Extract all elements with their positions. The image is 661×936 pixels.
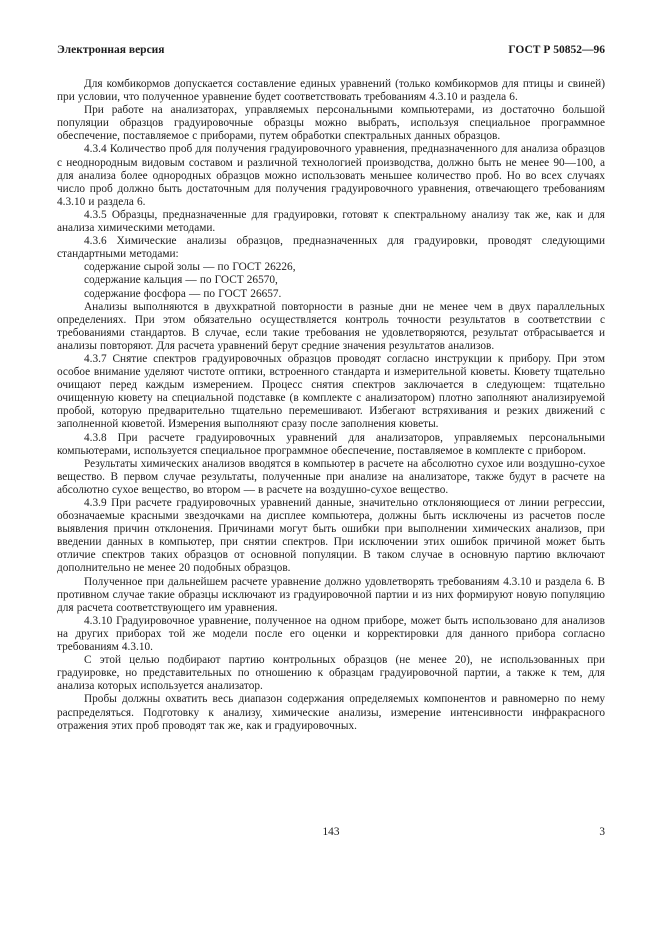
paragraph: Для комбикормов допускается составление …: [57, 78, 605, 104]
paragraph: 4.3.8 При расчете градуировочных уравнен…: [57, 432, 605, 458]
footer-page-number: 3: [599, 826, 605, 839]
list-item: содержание сырой золы — по ГОСТ 26226,: [57, 261, 605, 274]
paragraph: При работе на анализаторах, управляемых …: [57, 104, 605, 143]
document-page: Электронная версия ГОСТ Р 50852—96 Для к…: [0, 0, 661, 936]
list-item: содержание фосфора — по ГОСТ 26657.: [57, 288, 605, 301]
paragraph: С этой целью подбирают партию контрольны…: [57, 654, 605, 693]
list-item: содержание кальция — по ГОСТ 26570,: [57, 274, 605, 287]
paragraph: 4.3.9 При расчете градуировочных уравнен…: [57, 497, 605, 576]
paragraph: Полученное при дальнейшем расчете уравне…: [57, 576, 605, 615]
paragraph: Анализы выполняются в двухкратной повтор…: [57, 301, 605, 353]
document-footer: 143 3: [57, 826, 605, 839]
paragraph: 4.3.5 Образцы, предназначенные для граду…: [57, 209, 605, 235]
standard-number: ГОСТ Р 50852—96: [508, 44, 605, 57]
document-header: Электронная версия ГОСТ Р 50852—96: [57, 44, 605, 57]
paragraph: 4.3.4 Количество проб для получения град…: [57, 143, 605, 208]
paragraph: 4.3.7 Снятие спектров градуировочных обр…: [57, 353, 605, 432]
paragraph: Результаты химических анализов вводятся …: [57, 458, 605, 497]
footer-sheet-number: 143: [57, 826, 605, 839]
edition-label: Электронная версия: [57, 44, 165, 57]
paragraph: Пробы должны охватить весь диапазон соде…: [57, 693, 605, 732]
document-body: Для комбикормов допускается составление …: [57, 78, 605, 733]
paragraph: 4.3.10 Градуировочное уравнение, получен…: [57, 615, 605, 654]
paragraph: 4.3.6 Химические анализы образцов, предн…: [57, 235, 605, 261]
